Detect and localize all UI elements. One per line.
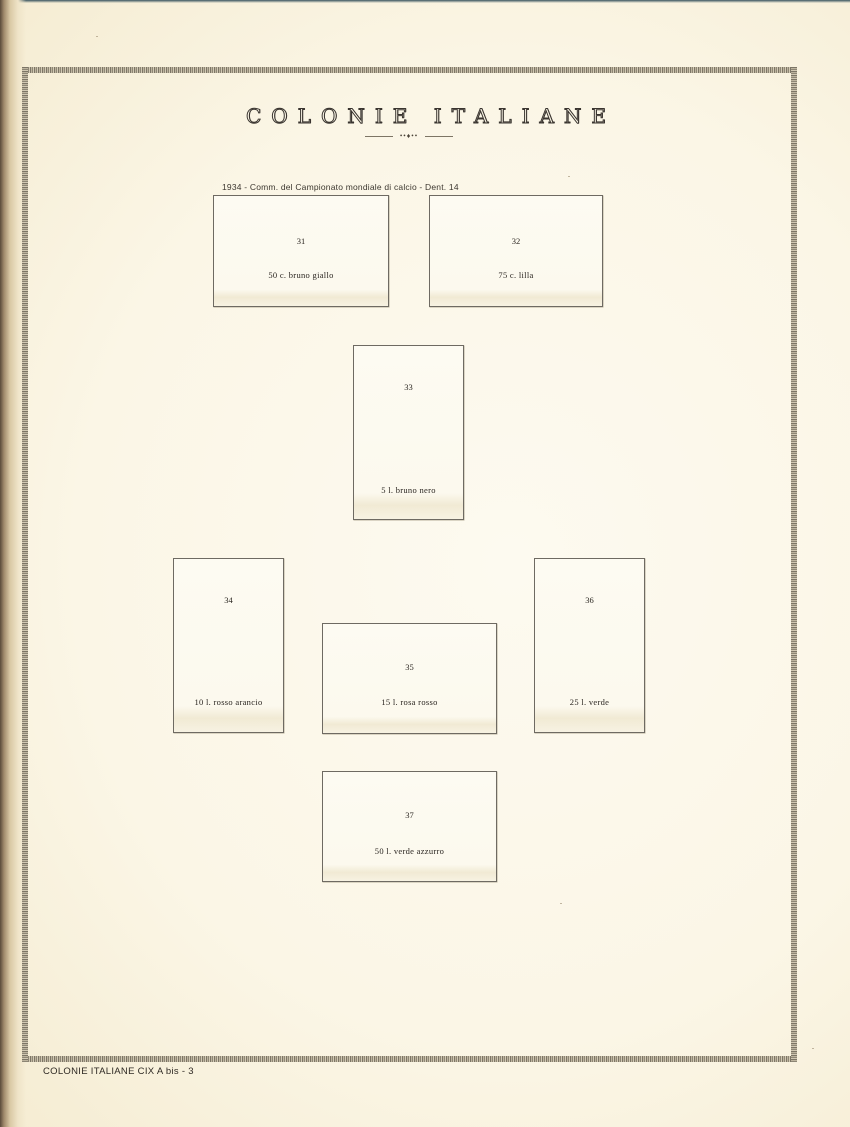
stamp-description: 10 l. rosso arancio xyxy=(174,697,283,707)
stamp-box-31: 31 50 c. bruno giallo xyxy=(213,195,389,307)
paper-speck xyxy=(560,903,562,904)
title-ornament: ••♦•• xyxy=(365,133,453,139)
stamp-number: 36 xyxy=(535,595,644,605)
stamp-box-34: 34 10 l. rosso arancio xyxy=(173,558,284,733)
frame-bottom xyxy=(22,1056,797,1062)
ornament-center-icon: ••♦•• xyxy=(393,133,425,139)
stamp-description: 50 c. bruno giallo xyxy=(214,270,388,280)
ornament-line-right xyxy=(425,136,453,137)
stamp-box-35: 35 15 l. rosa rosso xyxy=(322,623,497,734)
paper-speck xyxy=(568,176,570,177)
stamp-box-37: 37 50 l. verde azzurro xyxy=(322,771,497,882)
stamp-number: 33 xyxy=(354,382,463,392)
stamp-box-32: 32 75 c. lilla xyxy=(429,195,603,307)
ornament-line-left xyxy=(365,136,393,137)
paper-speck xyxy=(812,1048,814,1049)
stamp-box-33: 33 5 l. bruno nero xyxy=(353,345,464,520)
stamp-box-36: 36 25 l. verde xyxy=(534,558,645,733)
stamp-description: 50 l. verde azzurro xyxy=(323,846,496,856)
paper-speck xyxy=(96,36,98,37)
stamp-description: 15 l. rosa rosso xyxy=(323,697,496,707)
series-caption: 1934 - Comm. del Campionato mondiale di … xyxy=(222,182,459,192)
stamp-number: 37 xyxy=(323,810,496,820)
stamp-number: 31 xyxy=(214,236,388,246)
frame-right xyxy=(791,67,797,1062)
page-footer: COLONIE ITALIANE CIX A bis - 3 xyxy=(43,1066,194,1077)
stamp-description: 25 l. verde xyxy=(535,697,644,707)
stamp-number: 32 xyxy=(430,236,602,246)
frame-left xyxy=(22,67,28,1062)
stamp-number: 35 xyxy=(323,662,496,672)
stamp-description: 75 c. lilla xyxy=(430,270,602,280)
frame-top xyxy=(22,67,797,73)
page-top-edge xyxy=(0,0,850,3)
stamp-description: 5 l. bruno nero xyxy=(354,485,463,495)
album-page xyxy=(0,0,850,1127)
stamp-number: 34 xyxy=(174,595,283,605)
page-title: COLONIE ITALIANE xyxy=(6,104,850,128)
